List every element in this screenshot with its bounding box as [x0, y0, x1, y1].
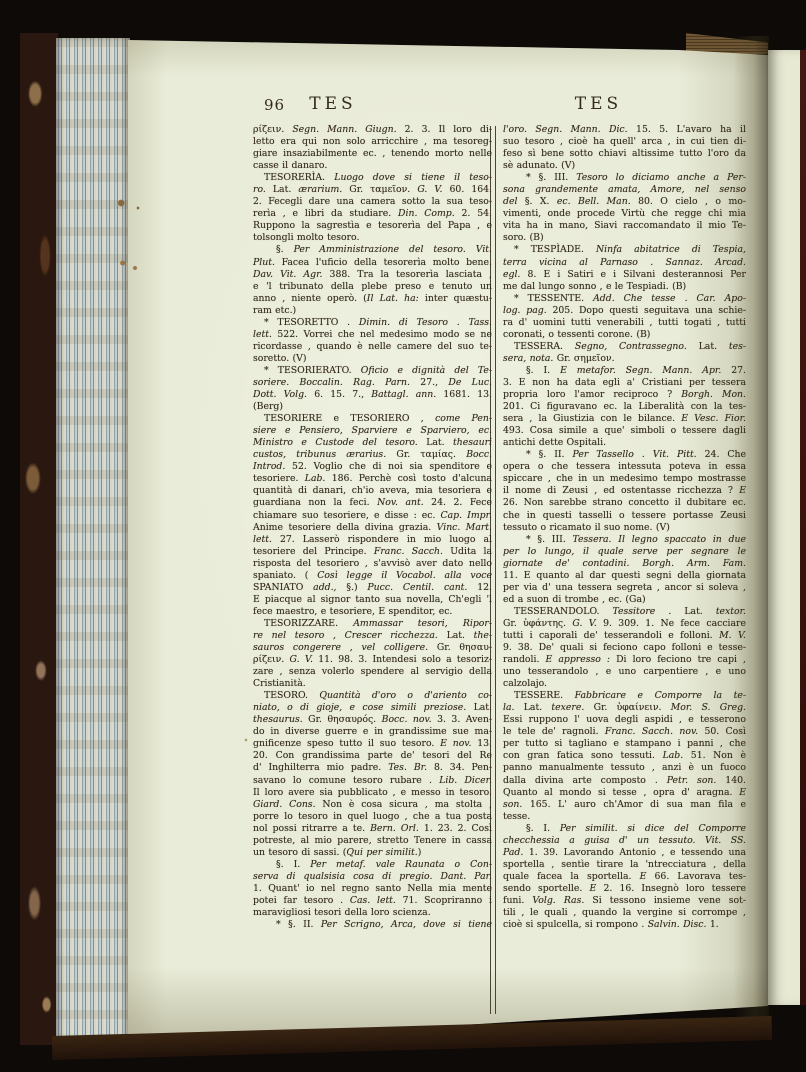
text-line: Ruppono la sagrestìa e tesorerìa del Pap…	[253, 220, 492, 232]
text-line: * TESSENTE. Add. Che tesse . Car. Apo-	[503, 293, 746, 305]
text-line: TESSERA. Segno, Contrassegno. Lat. tes-	[503, 341, 746, 353]
text-line: Gr. ὑφάντης. G. V. 9. 309. 1. Ne fece ca…	[503, 618, 746, 630]
text-line: opera o che tessera intessuta poteva in …	[503, 461, 746, 473]
text-line: 26. Non sarebbe strano concetto il dubit…	[503, 497, 746, 509]
text-line: egl. 8. E i Satiri e i Silvani desterann…	[503, 269, 746, 281]
text-line: * TESORIERATO. Oficio e dignità del Te-	[253, 365, 492, 377]
text-line: siere e Pensiero, Sparviere e Sparviero,…	[253, 425, 492, 437]
text-line: tili , le quali , quando la vergine si c…	[503, 907, 746, 919]
running-head-left: TES	[253, 94, 413, 114]
text-line: le tele de' ragnoli. Franc. Sacch. nov. …	[503, 726, 746, 738]
text-line: checchessia a guisa d' un tessuto. Vit. …	[503, 835, 746, 847]
text-line: per via d' una tessera segreta , ancor s…	[503, 582, 746, 594]
text-line: 2. Fecegli dare una camera sotto la sua …	[253, 196, 492, 208]
text-line: rerìa , e libri da studiare. Din. Comp. …	[253, 208, 492, 220]
text-line: tesse.	[503, 811, 746, 823]
text-line: ricordasse , quando è nelle camere del s…	[253, 341, 492, 353]
text-line: per lo lungo, il quale serve per segnare…	[503, 546, 746, 558]
text-line: tutti i caporali de' tesserandoli e foll…	[503, 630, 746, 642]
text-line: thesaurus. Gr. θησαυρός. Bocc. nov. 3. 3…	[253, 714, 492, 726]
text-line: * §. II. Per Scrigno, Arca, dove si tien…	[253, 919, 492, 931]
text-line: sendo sportelle. E 2. 16. Insegnò loro t…	[503, 883, 746, 895]
text-line: guardiana non la feci. Nov. ant. 24. 2. …	[253, 497, 492, 509]
text-line: chiamare suo tesoriere, e disse : ec. Ca…	[253, 510, 492, 522]
text-line: log. pag. 205. Dopo questi seguitava una…	[503, 305, 746, 317]
text-line: Anime tesoriere della divina grazia. Vin…	[253, 522, 492, 534]
text-line: ed a suon di trombe , ec. (Ga)	[503, 594, 746, 606]
text-line: gnificenze speso tutto il suo tesoro. E …	[253, 738, 492, 750]
text-line: il nome di Zeusi , ed ostentasse ricchez…	[503, 485, 746, 497]
text-line: sera, nota. Gr. σημεῖον.	[503, 353, 746, 365]
text-line: cioè si spulcella, si rompono . Salvin. …	[503, 919, 746, 931]
text-line: vimenti, onde procede Virtù che regge ch…	[503, 208, 746, 220]
text-line: ram etc.)	[253, 305, 492, 317]
text-line: potreste, al mio parere, stretto Tenere …	[253, 835, 492, 847]
text-line: spiccare , che in un medesimo tempo most…	[503, 473, 746, 485]
text-line: tesoriere. Lab. 186. Perchè così tosto d…	[253, 473, 492, 485]
text-line: vita ha in mano, Siavi raccomandato il m…	[503, 220, 746, 232]
text-line: * §. III. Tessera. Il legno spaccato in …	[503, 534, 746, 546]
text-line: SPANIATO add., §.) Pucc. Centil. cant. 1…	[253, 582, 492, 594]
text-line: quantità di danari, ch'io aveva, mia tes…	[253, 485, 492, 497]
text-line: custos, tribunus ærarius. Gr. ταμίας. Bo…	[253, 449, 492, 461]
text-line: TESORIZZARE. Ammassar tesori, Ripor-	[253, 618, 492, 630]
text-line: Plut. Facea l'uficio della tesorerìa mol…	[253, 257, 492, 269]
text-line: savano lo comune tesoro rubare . Lib. Di…	[253, 775, 492, 787]
facing-cover-edge	[800, 50, 806, 1005]
text-line: funi. Volg. Ras. Si tessono insieme vene…	[503, 895, 746, 907]
text-line: casse il danaro.	[253, 160, 492, 172]
text-line: 493. Cosa simile a que' simboli o tesser…	[503, 425, 746, 437]
text-line: maravigliosi tesori della loro scienza.	[253, 907, 492, 919]
text-line: randoli. E appresso : Di loro feciono tr…	[503, 654, 746, 666]
text-line: e 'l tribunato della plebe preso e tenut…	[253, 281, 492, 293]
text-line: tolsongli molto tesoro.	[253, 232, 492, 244]
book-page: 96 TES TES ρίζειν. Segn. Mann. Giugn. 2.…	[128, 36, 768, 1038]
text-line: §. I. Per metaf. vale Raunata o Con-	[253, 859, 492, 871]
text-line: spaniato. ( Così legge il Vocabol. alla …	[253, 570, 492, 582]
text-line: Introd. 52. Voglio che di noi sia spendi…	[253, 461, 492, 473]
text-line: quale facea la sportella. E 66. Lavorava…	[503, 871, 746, 883]
text-line: 11. E quanto al dar questi segni della g…	[503, 570, 746, 582]
text-line: sè adunato. (V)	[503, 160, 746, 172]
text-line: per tutto si tagliano e stampano i panni…	[503, 738, 746, 750]
text-line: niato, o di gioje, e cose simili prezios…	[253, 702, 492, 714]
text-line: panno manualmente tessuto , anzi è un fu…	[503, 762, 746, 774]
text-line: uno tesserandolo , e uno carpentiere , e…	[503, 666, 746, 678]
text-line: do in diverse guerre e in grandissime su…	[253, 726, 492, 738]
text-line: ρίζειν. G. V. 11. 98. 3. Intendesi solo …	[253, 654, 492, 666]
text-line: §. I. E metafor. Segn. Mann. Apr. 27.	[503, 365, 746, 377]
text-line: risposta del tesoriero , s'avvisò aver d…	[253, 558, 492, 570]
text-line: Pad. 1. 39. Lavorando Antonio , e tessen…	[503, 847, 746, 859]
text-line: tesoriere del Principe. Franc. Sacch. Ud…	[253, 546, 492, 558]
text-line: feso sì bene sotto chiavi altissime tutt…	[503, 148, 746, 160]
text-line: sera , la Giustizia con le bilance. E Ve…	[503, 413, 746, 425]
running-head-right: TES	[506, 94, 691, 114]
text-line: §. I. Per similit. si dice del Comporre	[503, 823, 746, 835]
text-line: sportella , sentìe tirare la 'ntrecciatu…	[503, 859, 746, 871]
scanned-book-photo: 96 TES TES ρίζειν. Segn. Mann. Giugn. 2.…	[0, 0, 806, 1072]
text-line: porre lo tesoro in quel luogo , che a tu…	[253, 811, 492, 823]
text-line: potei far tesoro . Cas. lett. 71. Scopri…	[253, 895, 492, 907]
text-line: letto era qui non solo arricchire , ma t…	[253, 136, 492, 148]
text-line: ρίζειν. Segn. Mann. Giugn. 2. 3. Il loro…	[253, 124, 492, 136]
text-line: * TESORETTO . Dimin. di Tesoro . Tass.	[253, 317, 492, 329]
text-line: E piacque al signor tanto sua novella, C…	[253, 594, 492, 606]
facing-page-sliver	[768, 50, 806, 1005]
text-line: soro. (B)	[503, 232, 746, 244]
text-line: Essi ruppono l' uova degli aspidi , e te…	[503, 714, 746, 726]
text-line: con gran fatica sono tessuti. Lab. 51. N…	[503, 750, 746, 762]
text-line: un tesoro di sassi. (Qui per similit.)	[253, 847, 492, 859]
text-line: §. Per Amministrazione del tesoro. Vit.	[253, 244, 492, 256]
text-line: terra vicina al Parnaso . Sannaz. Arcad.	[503, 257, 746, 269]
text-line: * §. II. Per Tassello . Vit. Pitt. 24. C…	[503, 449, 746, 461]
text-line: giornate de' contadini. Borgh. Arm. Fam.	[503, 558, 746, 570]
page-edge-stack	[56, 38, 130, 1038]
text-line: Dav. Vit. Agr. 388. Tra la tesorerìa las…	[253, 269, 492, 281]
text-line: che in questi tasselli o tessere portass…	[503, 510, 746, 522]
text-line: zare , senza volerlo spendere al servigi…	[253, 666, 492, 678]
text-line: suo tesoro , cioè ha quell' arca , in cu…	[503, 136, 746, 148]
text-line: ra d' uomini tutti venerabili , tutti to…	[503, 317, 746, 329]
text-line: soriere. Boccalin. Rag. Parn. 27., De Lu…	[253, 377, 492, 389]
text-line: Dott. Volg. 6. 15. 7., Battagl. ann. 168…	[253, 389, 492, 401]
book-cover-fore-edge	[20, 33, 58, 1045]
text-line: sona grandemente amata, Amore, nel senso	[503, 184, 746, 196]
text-line: soretto. (V)	[253, 353, 492, 365]
text-line: anno , niente operò. (Il Lat. ha: inter …	[253, 293, 492, 305]
text-line: 3. E non ha data egli a' Cristiani per t…	[503, 377, 746, 389]
text-line: ro. Lat. ærarium. Gr. ταμεῖον. G. V. 60.…	[253, 184, 492, 196]
text-line: del §. X. ec. Bell. Man. 80. O cielo , o…	[503, 196, 746, 208]
text-line: fece maestro, e tesoriere, E spenditor, …	[253, 606, 492, 618]
text-line: son. 165. L' auro ch'Amor di sua man fil…	[503, 799, 746, 811]
left-text-column: ρίζειν. Segn. Mann. Giugn. 2. 3. Il loro…	[253, 124, 492, 931]
text-line: nol possi ritrarre a te. Bern. Orl. 1. 2…	[253, 823, 492, 835]
text-line: TESSERANDOLO. Tessitore . Lat. textor.	[503, 606, 746, 618]
text-line: 1. Quant' io nel regno santo Nella mia m…	[253, 883, 492, 895]
text-line: Ministro e Custode del tesoro. Lat. thes…	[253, 437, 492, 449]
text-line: propria loro l'amor reciproco ? Borgh. M…	[503, 389, 746, 401]
text-line: lett. 27. Lasserò rispondere in mio luog…	[253, 534, 492, 546]
text-line: giare insaziabilmente ec. , tenendo mort…	[253, 148, 492, 160]
text-line: Cristianità.	[253, 678, 492, 690]
text-line: calzolajo.	[503, 678, 746, 690]
text-line: la. Lat. texere. Gr. ὑφαίνειν. Mor. S. G…	[503, 702, 746, 714]
text-line: coronati, o tessenti corone. (B)	[503, 329, 746, 341]
text-line: serva di qualsisia cosa di pregio. Dant.…	[253, 871, 492, 883]
text-line: re nel tesoro , Crescer ricchezza. Lat. …	[253, 630, 492, 642]
text-line: sauros congerere , vel colligere. Gr. θη…	[253, 642, 492, 654]
text-line: d' Inghilterra mio padre. Tes. Br. 8. 34…	[253, 762, 492, 774]
text-line: tessuto o ricamato il suo nome. (V)	[503, 522, 746, 534]
text-line: * TESPÌADE. Ninfa abitatrice di Tespia,	[503, 244, 746, 256]
text-line: Quanto al mondo si tesse , opra d' aragn…	[503, 787, 746, 799]
text-line: (Berg)	[253, 401, 492, 413]
text-line: antichi dette Ospitali.	[503, 437, 746, 449]
text-line: dalla divina arte composto . Petr. son. …	[503, 775, 746, 787]
right-text-column: l'oro. Segn. Mann. Dic. 15. 5. L'avaro h…	[503, 124, 746, 931]
text-line: me dal lungo sonno , e le Tespiadi. (B)	[503, 281, 746, 293]
text-line: Giard. Cons. Non è cosa sicura , ma stol…	[253, 799, 492, 811]
page-gutter-shadow	[733, 36, 769, 1036]
text-line: 201. Ci figuravano ec. la Liberalità con…	[503, 401, 746, 413]
text-line: TESSERE. Fabbricare e Comporre la te-	[503, 690, 746, 702]
text-line: l'oro. Segn. Mann. Dic. 15. 5. L'avaro h…	[503, 124, 746, 136]
text-line: 20. Con grandissima parte de' tesori del…	[253, 750, 492, 762]
text-line: lett. 522. Vorrei che nel medesimo modo …	[253, 329, 492, 341]
text-line: * §. III. Tesoro lo diciamo anche a Per-	[503, 172, 746, 184]
text-line: TESORIERE e TESORIERO , come Pen-	[253, 413, 492, 425]
text-line: TESORERÌA. Luogo dove si tiene il teso-	[253, 172, 492, 184]
text-line: TESORO. Quantità d'oro o d'ariento co-	[253, 690, 492, 702]
text-line: 9. 38. De' quali si feciono capo folloni…	[503, 642, 746, 654]
text-line: Il loro avere sia pubblicato , e messo i…	[253, 787, 492, 799]
